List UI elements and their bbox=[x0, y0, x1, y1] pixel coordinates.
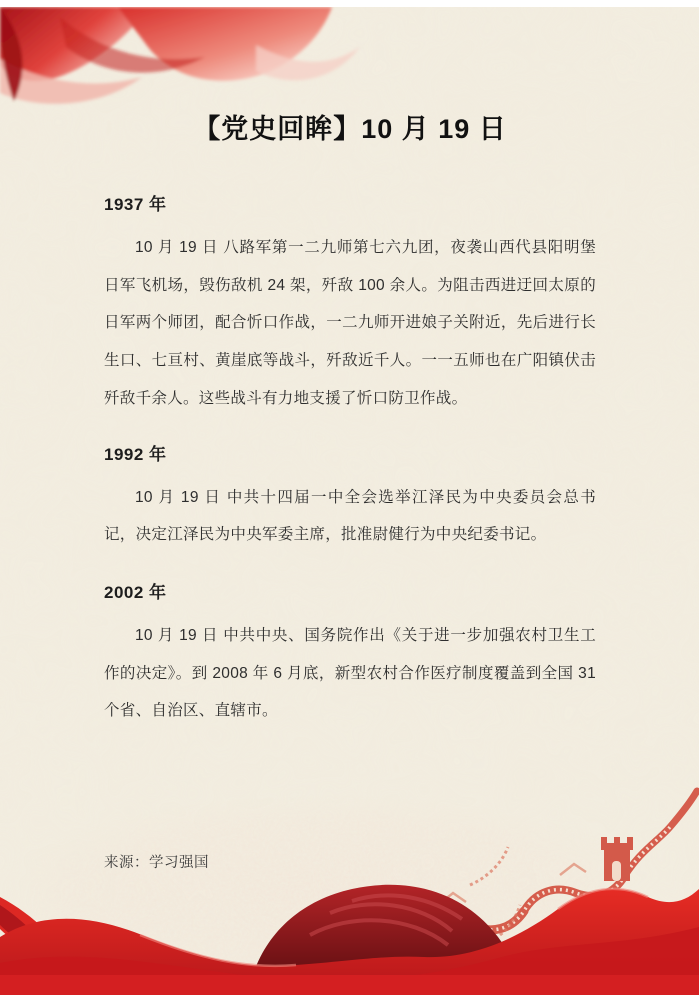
page-body: { "page": { "title": "【党史回眸】10 月 19 日", … bbox=[0, 0, 699, 1003]
page-title: 【党史回眸】10 月 19 日 bbox=[104, 0, 596, 148]
source-line: 来源：学习强国 bbox=[104, 851, 209, 872]
ribbon-mound-icon bbox=[250, 885, 540, 985]
bottom-white-strip bbox=[0, 995, 699, 1003]
section-year-2002: 2002 年 bbox=[104, 582, 596, 604]
speckle-haze bbox=[30, 795, 630, 975]
section-paragraph-1937: 10 月 19 日 八路军第一二九师第七六九团，夜袭山西代县阳明堡日军飞机场，毁… bbox=[104, 229, 596, 418]
ribbon-wave-icon bbox=[0, 889, 699, 995]
watch-tower-icon bbox=[601, 837, 633, 881]
section-year-1992: 1992 年 bbox=[104, 444, 596, 466]
document-page: 【党史回眸】10 月 19 日 1937 年 10 月 19 日 八路军第一二九… bbox=[0, 0, 699, 1003]
ribbon-wing-icon bbox=[0, 897, 80, 977]
top-white-strip bbox=[0, 0, 699, 7]
section-year-1937: 1937 年 bbox=[104, 194, 596, 216]
section-paragraph-1992: 10 月 19 日 中共十四届一中全会选举江泽民为中央委员会总书记，决定江泽民为… bbox=[104, 479, 596, 554]
section-paragraph-2002: 10 月 19 日 中共中央、国务院作出《关于进一步加强农村卫生工作的决定》。到… bbox=[104, 617, 596, 730]
article-content: 【党史回眸】10 月 19 日 1937 年 10 月 19 日 八路军第一二九… bbox=[104, 0, 596, 730]
great-wall-icon bbox=[330, 791, 697, 985]
bottom-ribbon-decoration bbox=[0, 785, 699, 995]
